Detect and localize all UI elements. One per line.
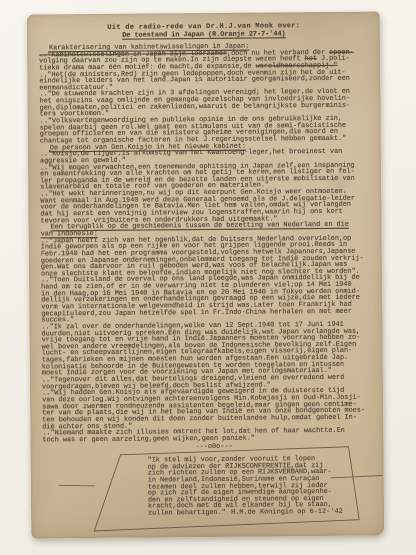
quote-attribution: H.M.de Koningin op 6-12-'42 — [231, 509, 343, 517]
document-paper: Uit de radio-rede van Dr.H.J.van Mook ov… — [27, 11, 385, 538]
document-content: Uit de radio-rede van Dr.H.J.van Mook ov… — [27, 11, 385, 538]
document-header: Uit de radio-rede van Dr.H.J.van Mook ov… — [39, 23, 369, 41]
document-subtitle: De toestand in Japan (R.Oranje 27-7-'44) — [39, 30, 369, 40]
left-dash-mark — [59, 485, 95, 486]
section-separator: ---o0o--- — [195, 444, 232, 451]
document-body-text: Karakterisering van kabinetswisselingen … — [39, 43, 374, 444]
